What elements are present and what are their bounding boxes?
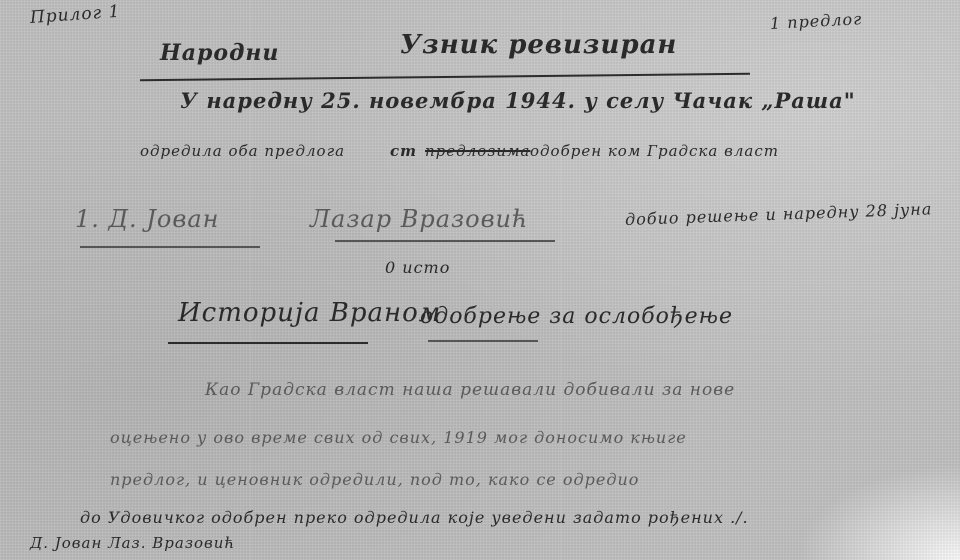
subheading-left: Историја Враном bbox=[178, 298, 441, 328]
text-line-3b: Лазар Вразовић bbox=[310, 205, 528, 233]
corner-note-right: 1 предлог bbox=[770, 9, 863, 33]
corner-note-left: Прилог 1 bbox=[29, 2, 121, 28]
paragraph-line-2: оцењено у ово време свих од свих, 1919 м… bbox=[110, 428, 687, 447]
text-line-3c: добио решење и наредну 28 јуна bbox=[625, 199, 933, 229]
text-line-3a: 1. Д. Јован bbox=[75, 205, 219, 233]
subheading-left-underline bbox=[168, 342, 368, 344]
text-line-2c-struck: предлозима bbox=[425, 142, 530, 160]
text-line-4: 0 исто bbox=[385, 258, 450, 277]
header-left: Народни bbox=[160, 40, 279, 66]
line-3a-underline bbox=[80, 246, 260, 248]
header-underline bbox=[140, 73, 750, 81]
text-line-2d: одобрен ком Градска власт bbox=[530, 142, 779, 160]
text-line-1: У наредну 25. новембра 1944. у селу Чача… bbox=[180, 88, 856, 113]
header-right: Узник ревизиран bbox=[400, 30, 677, 60]
subheading-right: одобрење за ослобођење bbox=[420, 304, 733, 329]
text-line-2a: одредила оба предлога bbox=[140, 142, 345, 160]
line-3b-underline bbox=[335, 240, 555, 242]
subheading-right-underline bbox=[428, 340, 538, 342]
paragraph-line-3: предлог, и ценовник одредили, под то, ка… bbox=[110, 470, 639, 489]
paragraph-line-1: Као Градска власт наша решавали добивали… bbox=[205, 380, 735, 400]
text-line-2b: ст bbox=[390, 142, 417, 160]
footer-signature: Д. Јован Лаз. Вразовић bbox=[30, 534, 235, 552]
document-page: Прилог 1 1 предлог Народни Узник ревизир… bbox=[0, 0, 960, 560]
paragraph-line-4: до Удовичког одобрен преко одредила које… bbox=[80, 508, 749, 527]
